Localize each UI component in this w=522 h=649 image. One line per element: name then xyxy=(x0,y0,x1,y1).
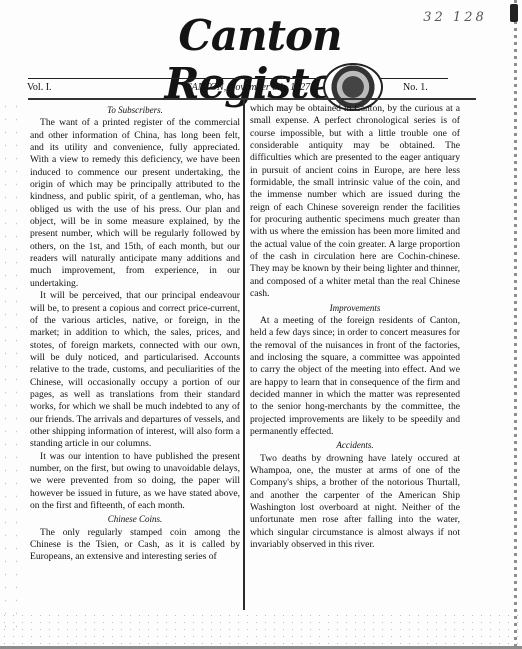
place-date: CANTON, November 8th. 1827. xyxy=(185,82,313,93)
issue-number: No. 1. xyxy=(403,82,428,93)
right-column: which may be obtained in Canton, by the … xyxy=(250,103,460,551)
dateline: Vol. I. CANTON, November 8th. 1827. No. … xyxy=(0,82,522,96)
paragraph: The want of a printed register of the co… xyxy=(30,117,240,290)
page-noise-bottom xyxy=(0,612,522,646)
handwritten-annotation: 32 128 xyxy=(420,10,490,25)
section-heading-subscribers: To Subscribers. xyxy=(30,104,240,116)
newspaper-page: Canton Register 32 128 Vol. I. CANTON, N… xyxy=(0,0,522,646)
paragraph: The only regularly stamped coin among th… xyxy=(30,527,240,564)
paragraph: It will be perceived, that our principal… xyxy=(30,290,240,450)
masthead-rule xyxy=(28,78,448,79)
section-heading-chinese-coins: Chinese Coins. xyxy=(30,513,240,525)
paragraph-continuation: which may be obtained in Canton, by the … xyxy=(250,103,460,301)
paragraph: At a meeting of the foreign residents of… xyxy=(250,315,460,438)
masthead: Canton Register 32 128 xyxy=(0,4,522,62)
paragraph: It was our intention to have published t… xyxy=(30,451,240,513)
section-heading-accidents: Accidents. xyxy=(250,439,460,451)
page-noise xyxy=(0,100,22,630)
column-divider xyxy=(243,100,245,610)
paragraph: Two deaths by drowning have lately occur… xyxy=(250,453,460,552)
page-binding-edge xyxy=(514,0,517,646)
left-column: To Subscribers. The want of a printed re… xyxy=(30,103,240,564)
volume-label: Vol. I. xyxy=(27,82,52,93)
section-heading-improvements: Improvements xyxy=(250,302,460,314)
header-rule xyxy=(28,98,476,100)
